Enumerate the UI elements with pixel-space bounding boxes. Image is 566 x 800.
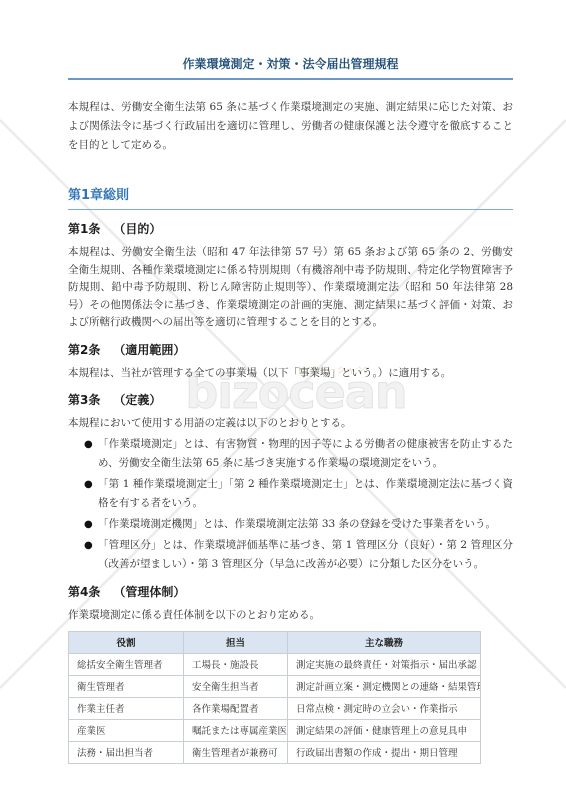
- definition-text: 「作業環境測定機関」とは、作業環境測定法第 33 条の登録を受けた事業者をいう。: [98, 515, 513, 534]
- bullet-icon: ●: [84, 536, 98, 574]
- bullet-icon: ●: [84, 515, 98, 534]
- definition-text: 「作業環境測定」とは、有害物質・物理的因子等による労働者の健康被害を防止するため…: [98, 435, 513, 473]
- chapter-name: 総則: [103, 188, 129, 203]
- definition-text: 「管理区分」とは、作業環境評価基準に基づき、第 1 管理区分（良好）・第 2 管…: [98, 536, 513, 574]
- table-row: 作業主任者 各作業場配置者 日常点検・測定時の立会い・作業指示: [69, 697, 481, 719]
- table-row: 法務・届出担当者 衛生管理者が兼務可 行政届出書類の作成・提出・期日管理: [69, 741, 481, 763]
- table-header-row: 役割 担当 主な職務: [69, 631, 481, 653]
- table-cell-person: 工場長・施設長: [184, 653, 288, 675]
- chapter-heading: 第1章総則: [68, 188, 513, 210]
- article-1-body: 本規程は、労働安全衛生法（昭和 47 年法律第 57 号）第 65 条および第 …: [68, 244, 513, 332]
- table-header-duties: 主な職務: [288, 631, 481, 653]
- article-2-heading: 第2条（適用範囲）: [68, 343, 513, 358]
- table-cell-person: 嘱託または専属産業医: [184, 719, 288, 741]
- table-cell-person: 衛生管理者が兼務可: [184, 741, 288, 763]
- article-2-body: 本規程は、当社が管理する全ての事業場（以下「事業場」という。）に適用する。: [68, 365, 513, 383]
- definition-item: ● 「第 1 種作業環境測定士」「第 2 種作業環境測定士」とは、作業環境測定法…: [68, 475, 513, 513]
- table-cell-role: 産業医: [69, 719, 184, 741]
- table-header-role: 役割: [69, 631, 184, 653]
- intro-paragraph: 本規程は、労働安全衛生法第 65 条に基づく作業環境測定の実施、測定結果に応じた…: [68, 98, 513, 155]
- article-1-number: 第1条: [68, 222, 100, 236]
- table-cell-duties: 日常点検・測定時の立会い・作業指示: [288, 697, 481, 719]
- table-cell-person: 各作業場配置者: [184, 697, 288, 719]
- article-4-title: （管理体制）: [113, 585, 185, 599]
- article-1-title: （目的）: [113, 222, 161, 236]
- responsibility-table: 役割 担当 主な職務 総括安全衛生管理者 工場長・施設長 測定実施の最終責任・対…: [68, 631, 481, 764]
- definition-list: ● 「作業環境測定」とは、有害物質・物理的因子等による労働者の健康被害を防止する…: [68, 435, 513, 574]
- article-3-body: 本規程において使用する用語の定義は以下のとおりとする。: [68, 415, 513, 433]
- bullet-icon: ●: [84, 435, 98, 473]
- table-header-person: 担当: [184, 631, 288, 653]
- table-cell-role: 総括安全衛生管理者: [69, 653, 184, 675]
- article-2-number: 第2条: [68, 343, 100, 357]
- document-page: ビズオーシャン bizocean 作業環境測定・対策・法令届出管理規程 本規程は…: [0, 0, 566, 800]
- table-cell-role: 衛生管理者: [69, 675, 184, 697]
- document-title: 作業環境測定・対策・法令届出管理規程: [68, 56, 513, 80]
- table-cell-duties: 測定結果の評価・健康管理上の意見具申: [288, 719, 481, 741]
- article-1-heading: 第1条（目的）: [68, 222, 513, 237]
- table-row: 産業医 嘱託または専属産業医 測定結果の評価・健康管理上の意見具申: [69, 719, 481, 741]
- definition-item: ● 「管理区分」とは、作業環境評価基準に基づき、第 1 管理区分（良好）・第 2…: [68, 536, 513, 574]
- article-3-number: 第3条: [68, 393, 100, 407]
- chapter-number: 第1章: [68, 188, 103, 203]
- definition-item: ● 「作業環境測定機関」とは、作業環境測定法第 33 条の登録を受けた事業者をい…: [68, 515, 513, 534]
- table-cell-role: 作業主任者: [69, 697, 184, 719]
- bullet-icon: ●: [84, 475, 98, 513]
- table-cell-duties: 測定計画立案・測定機関との連絡・結果管理: [288, 675, 481, 697]
- article-4-body: 作業環境測定に係る責任体制を以下のとおり定める。: [68, 607, 513, 625]
- article-2-title: （適用範囲）: [113, 343, 185, 357]
- table-row: 衛生管理者 安全衛生担当者 測定計画立案・測定機関との連絡・結果管理: [69, 675, 481, 697]
- table-cell-person: 安全衛生担当者: [184, 675, 288, 697]
- definition-item: ● 「作業環境測定」とは、有害物質・物理的因子等による労働者の健康被害を防止する…: [68, 435, 513, 473]
- document-content: 作業環境測定・対策・法令届出管理規程 本規程は、労働安全衛生法第 65 条に基づ…: [68, 0, 513, 764]
- table-cell-role: 法務・届出担当者: [69, 741, 184, 763]
- article-4-number: 第4条: [68, 585, 100, 599]
- article-3-title: （定義）: [113, 393, 161, 407]
- table-cell-duties: 行政届出書類の作成・提出・期日管理: [288, 741, 481, 763]
- article-3-heading: 第3条（定義）: [68, 393, 513, 408]
- table-row: 総括安全衛生管理者 工場長・施設長 測定実施の最終責任・対策指示・届出承認: [69, 653, 481, 675]
- article-4-heading: 第4条（管理体制）: [68, 585, 513, 600]
- definition-text: 「第 1 種作業環境測定士」「第 2 種作業環境測定士」とは、作業環境測定法に基…: [98, 475, 513, 513]
- table-cell-duties: 測定実施の最終責任・対策指示・届出承認: [288, 653, 481, 675]
